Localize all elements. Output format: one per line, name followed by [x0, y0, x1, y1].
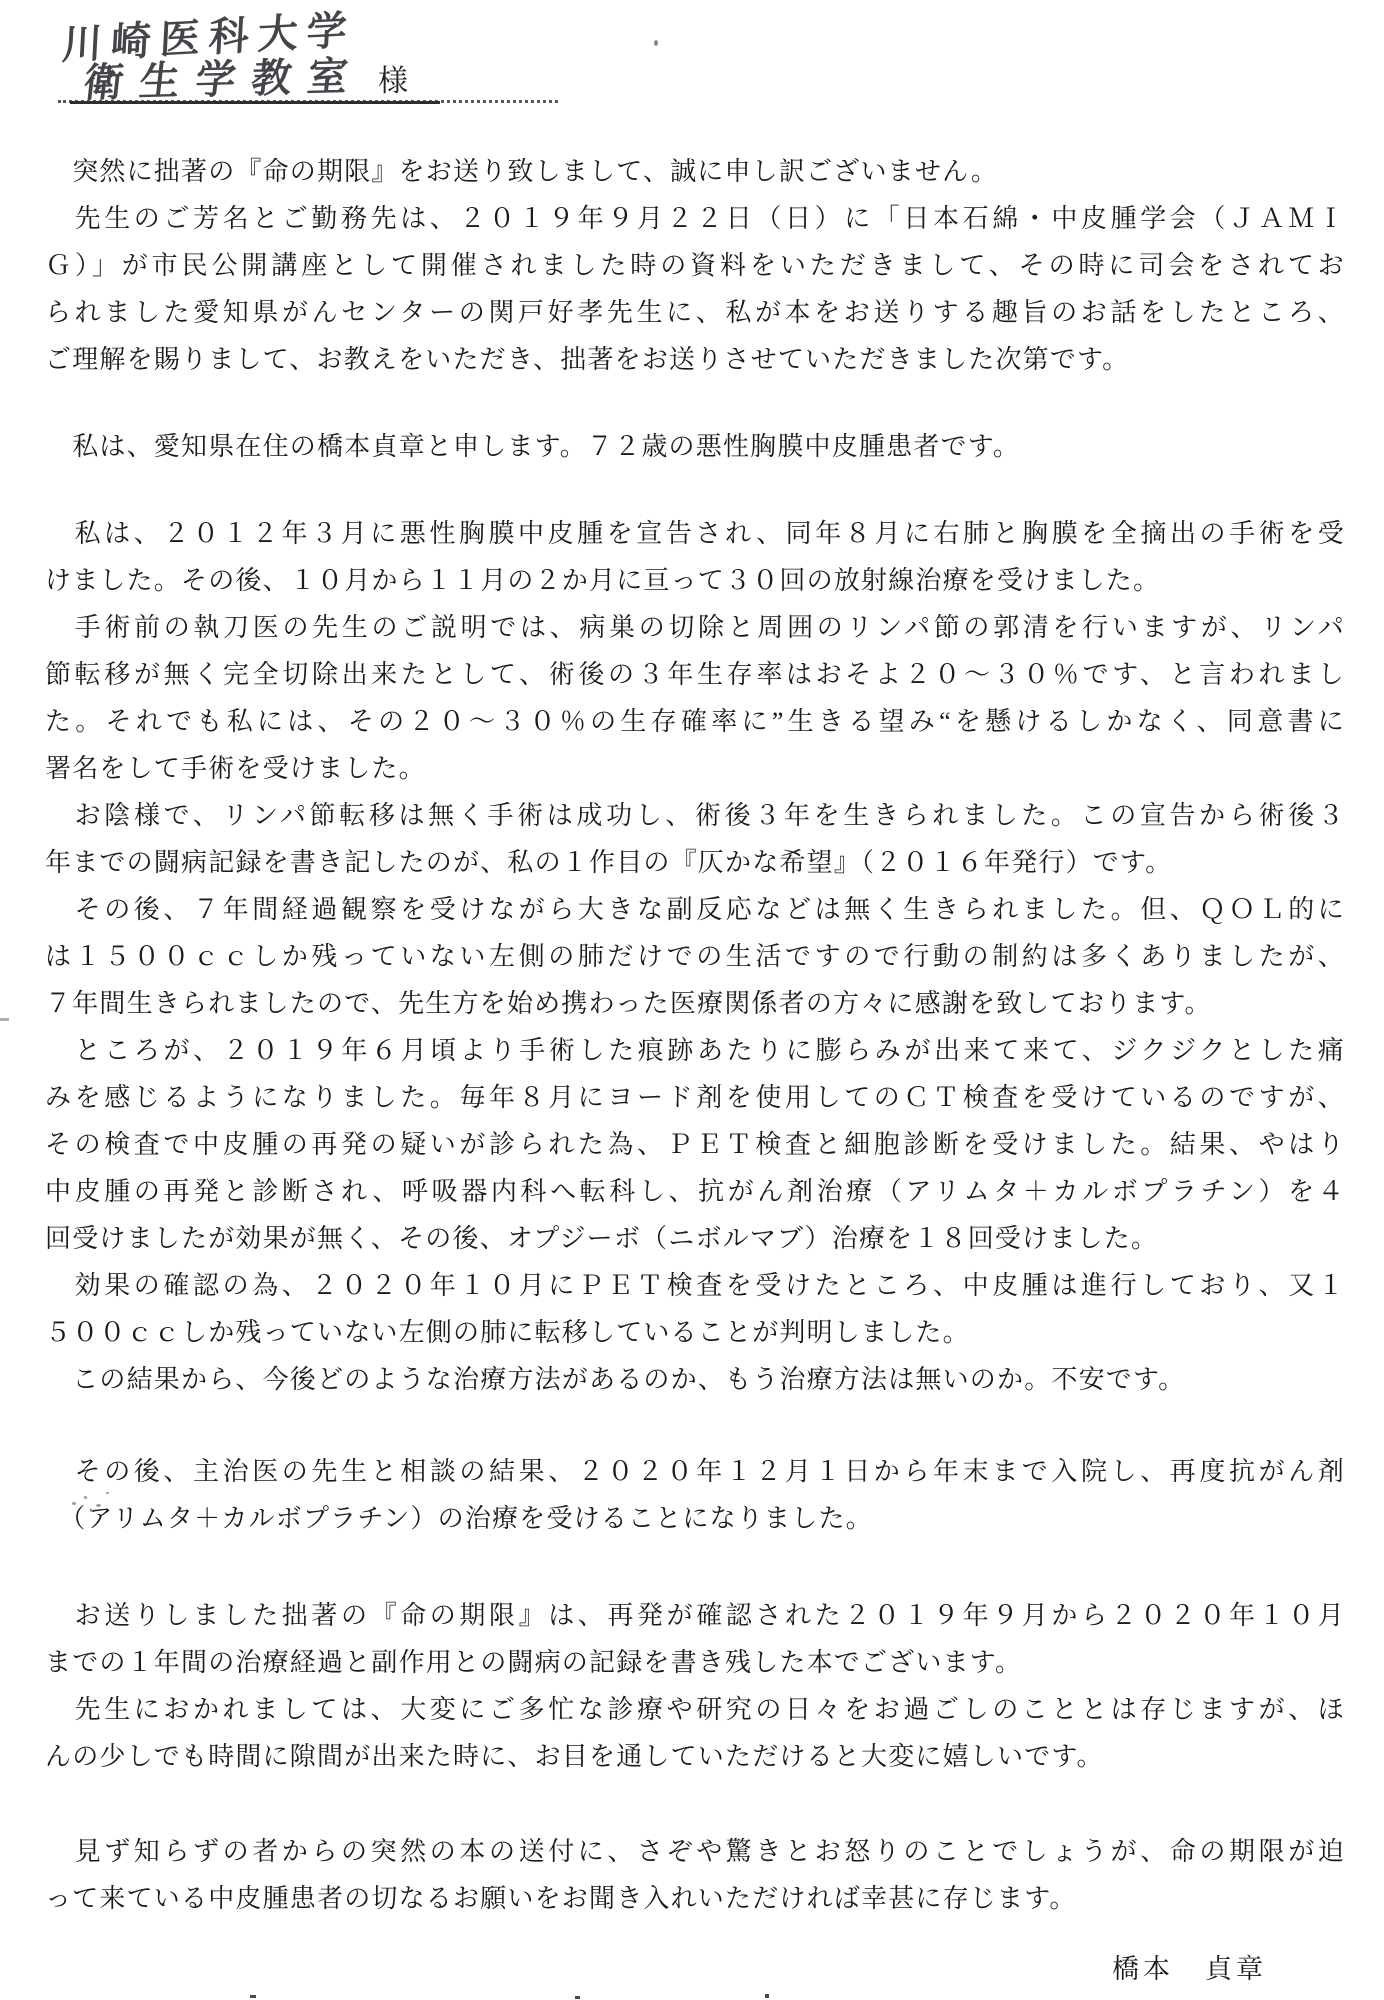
recipient-underline-solid: [70, 101, 440, 104]
letter-line: までの１年間の治療経過と副作用との闘病の記録を書き残した本でございます。: [45, 1639, 1345, 1686]
letter-line: た。それでも私には、その２０～３０％の生存確率に”生きる望み“を懸けるしかなく、…: [45, 698, 1345, 745]
scan-artifact-speck: [250, 1995, 256, 1998]
letter-line: んの少しでも時間に隙間が出来た時に、お目を通していただけると大変に嬉しいです。: [45, 1733, 1345, 1780]
letter-line: 中皮腫の再発と診断され、呼吸器内科へ転科し、抗がん剤治療（アリムタ＋カルボプラチ…: [45, 1168, 1345, 1215]
letter-line: 先生のご芳名とご勤務先は、２０１９年９月２２日（日）に「日本石綿・中皮腫学会（Ｊ…: [45, 195, 1345, 242]
letter-line: みを感じるようになりました。毎年８月にヨード剤を使用してのＣＴ検査を受けているの…: [45, 1074, 1345, 1121]
letter-line: 突然に拙著の『命の期限』をお送り致しまして、誠に申し訳ございません。: [45, 148, 1345, 195]
signature-name: 橋本 貞章: [45, 1947, 1345, 1986]
letter-line: その後、主治医の先生と相談の結果、２０２０年１２月１日から年末まで入院し、再度抗…: [45, 1448, 1345, 1495]
scan-artifact-speck: [575, 1996, 580, 1999]
scan-artifact-dot: [654, 40, 658, 46]
letter-line: ５００ｃｃしか残っていない左側の肺に転移していることが判明しました。: [45, 1309, 1345, 1356]
letter-line: は１５００ｃｃしか残っていない左側の肺だけでの生活ですので行動の制約は多くありま…: [45, 933, 1345, 980]
letter-line: 私は、２０１２年３月に悪性胸膜中皮腫を宣告され、同年８月に右肺と胸膜を全摘出の手…: [45, 510, 1345, 557]
letter-line: その検査で中皮腫の再発の疑いが診られた為、ＰＥＴ検査と細胞診断を受けました。結果…: [45, 1121, 1345, 1168]
letter-line: 手術前の執刀医の先生のご説明では、病巣の切除と周囲のリンパ節の郭清を行いますが、…: [45, 604, 1345, 651]
letter-line: （アリムタ＋カルボプラチン）の治療を受けることになりました。: [45, 1495, 1345, 1542]
honorific-sama: 様: [378, 56, 408, 100]
letter-line: 節転移が無く完全切除出来たとして、術後の３年生存率はおそよ２０～３０％です、と言…: [45, 651, 1345, 698]
letter-line: って来ている中皮腫患者の切なるお願いをお聞き入れいただければ幸甚に存じます。: [45, 1875, 1345, 1922]
letter-line: ところが、２０１９年６月頃より手術した痕跡あたりに膨らみが出来て来て、ジクジクと…: [45, 1027, 1345, 1074]
letter-line: 私は、愛知県在住の橋本貞章と申します。７２歳の悪性胸膜中皮腫患者です。: [45, 423, 1345, 470]
scan-artifact-speck: [765, 1994, 769, 1998]
scan-artifact-dot: [828, 1188, 831, 1191]
letter-line: 年までの闘病記録を書き記したのが、私の１作目の『仄かな希望』（２０１６年発行）で…: [45, 839, 1345, 886]
letter-line: 回受けましたが効果が無く、その後、オプジーボ（ニボルマブ）治療を１８回受けました…: [45, 1215, 1345, 1262]
letter-line: Ｇ）」が市民公開講座として開催されました時の資料をいただきまして、その時に司会を…: [45, 242, 1345, 289]
letter-line: お陰様で、リンパ節転移は無く手術は成功し、術後３年を生きられました。この宣告から…: [45, 792, 1345, 839]
scan-artifact-tick: [0, 1018, 9, 1021]
letter-line: 署名をして手術を受けました。: [45, 745, 1345, 792]
letter-line: この結果から、今後どのような治療方法があるのか、もう治療方法は無いのか。不安です…: [45, 1356, 1345, 1403]
scan-artifact-smudge: [72, 1488, 112, 1516]
letter-line: 先生におかれましては、大変にご多忙な診療や研究の日々をお過ごしのこととは存じます…: [45, 1686, 1345, 1733]
letter-body: 突然に拙著の『命の期限』をお送り致しまして、誠に申し訳ございません。 先生のご芳…: [45, 148, 1345, 1986]
letter-line: その後、７年間経過観察を受けながら大きな副反応などは無く生きられました。但、ＱＯ…: [45, 886, 1345, 933]
letter-line: お送りしました拙著の『命の期限』は、再発が確認された２０１９年９月から２０２０年…: [45, 1592, 1345, 1639]
letter-line: 見ず知らずの者からの突然の本の送付に、さぞや驚きとお怒りのことでしょうが、命の期…: [45, 1828, 1345, 1875]
letter-line: けました。その後、１０月から１１月の２か月に亘って３０回の放射線治療を受けました…: [45, 557, 1345, 604]
letter-line: ご理解を賜りまして、お教えをいただき、拙著をお送りさせていただきました次第です。: [45, 336, 1345, 383]
letter-line: 効果の確認の為、２０２０年１０月にＰＥＴ検査を受けたところ、中皮腫は進行しており…: [45, 1262, 1345, 1309]
letter-line: られました愛知県がんセンターの関戸好孝先生に、私が本をお送りする趣旨のお話をした…: [45, 289, 1345, 336]
letter-line: ７年間生きられましたので、先生方を始め携わった医療関係者の方々に感謝を致しており…: [45, 980, 1345, 1027]
scanned-letter-page: 川崎医科大学 衛生学教室 様 突然に拙著の『命の期限』をお送り致しまして、誠に申…: [0, 0, 1384, 2000]
